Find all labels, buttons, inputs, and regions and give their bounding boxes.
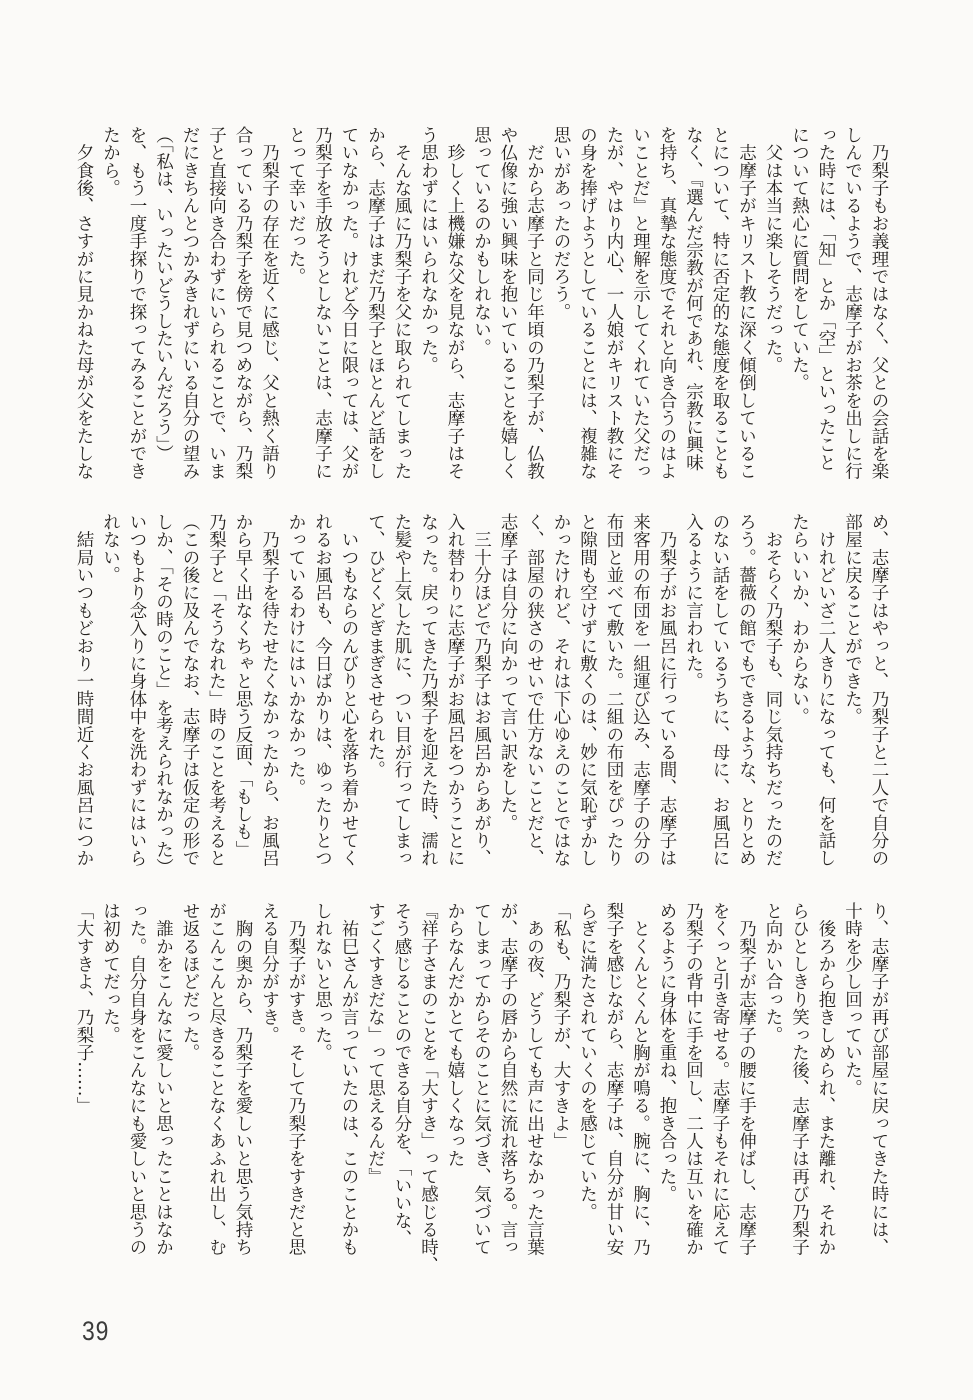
text-column: 思いがあったのだろう。 [548,126,575,486]
text-column: めるように身体を重ね、抱き合った。 [654,902,681,1262]
text-column: がこんこんと尽きることなくあふれ出し、む [203,902,230,1262]
text-column: ていなかった。けれど今日に限っては、父が [336,126,363,486]
text-column: と向かい合った。 [760,902,787,1262]
text-column: いつもならのんびりと心を落ち着かせてく [336,513,363,873]
text-column: 乃梨子を手放そうとしないことは、志摩子に [309,126,336,486]
text-column: 「私も、乃梨子が、大すきよ」 [548,902,575,1262]
text-column: について熱心に質問をしていた。 [786,126,813,486]
text-column: だにきちんとつかみきれずにいる自分の望み [177,126,204,486]
book-page: 乃梨子もお義理ではなく、父との会話を楽しんでいるようで、志摩子がお茶を出しに行っ… [0,0,973,1400]
text-column: せ返るほどだった。 [177,902,204,1262]
page-number: 39 [82,1316,109,1347]
text-column: 乃梨子の存在を近くに感じ、父と熱く語り [256,126,283,486]
text-column: しれないと思った。 [309,902,336,1262]
text-column: とって幸いだった。 [283,126,310,486]
text-column: 布団と並べて敷いた。二組の布団をぴったり [601,513,628,873]
text-column: 乃梨子がすき。そして乃梨子をすきだと思 [283,902,310,1262]
text-column: けれどいざ二人きりになっても、何を話し [813,513,840,873]
text-column: 乃梨子を待たせたくなかったから、お風呂 [256,513,283,873]
text-column: 胸の奥から、乃梨子を愛しいと思う気持ち [230,902,257,1262]
text-column: 夕食後、さすがに見かねた母が父をたしな [71,126,98,486]
text-column: 後ろから抱きしめられ、また離れ、それか [813,902,840,1262]
text-column: てしまってからそのことに気づき、気づいて [468,902,495,1262]
text-column: そう感じることのできる自分を、「いいな、 [389,902,416,1262]
text-column: しか、「その時のこと」を考えられなかった） [150,513,177,873]
text-column: う思わずにはいられなかった。 [415,126,442,486]
text-column: える自分がすき。 [256,902,283,1262]
text-column: れない。 [97,513,124,873]
text-column: なく、『選んだ宗教が何であれ、宗教に興味 [680,126,707,486]
text-column: あの夜、どうしても声に出せなかった言葉 [521,902,548,1262]
text-column: かっているわけにはいかなかった。 [283,513,310,873]
text-column: く、部屋の狭さのせいで仕方ないことだと、 [521,513,548,873]
text-column: 父は本当に楽しそうだった。 [760,126,787,486]
text-column: 来客用の布団を一組運び込み、志摩子の分の [627,513,654,873]
text-column: 乃梨子の背中に手を回し、二人は互いを確か [680,902,707,1262]
text-column: のない話をしているうちに、母に、お風呂に [707,513,734,873]
text-column: たから。 [97,126,124,486]
text-column: や仏像に強い興味を抱いていることを嬉しく [495,126,522,486]
text-column: から、志摩子はまだ乃梨子とほとんど話をし [362,126,389,486]
text-column: 乃梨子が志摩子の腰に手を伸ばし、志摩子 [733,902,760,1262]
text-block-top: 乃梨子もお義理ではなく、父との会話を楽しんでいるようで、志摩子がお茶を出しに行っ… [66,126,892,486]
text-column: 祐巳さんが言っていたのは、このことかも [336,902,363,1262]
text-column: 三十分ほどで乃梨子はお風呂からあがり、 [468,513,495,873]
text-column: 珍しく上機嫌な父を見ながら、志摩子はそ [442,126,469,486]
text-column: をくっと引き寄せる。志摩子もそれに応えて [707,902,734,1262]
text-column: 志摩子がキリスト教に深く傾倒しているこ [733,126,760,486]
text-column: の身を捧げようとしていることには、複雑な [574,126,601,486]
text-column: 入るように言われた。 [680,513,707,873]
text-column: め、志摩子はやっと、乃梨子と二人で自分の [866,513,893,873]
text-column: て、ひどくどぎまぎさせられた。 [362,513,389,873]
text-column: 合っている乃梨子を傍で見つめながら、乃梨 [230,126,257,486]
text-column: たが、やはり内心、一人娘がキリスト教にそ [601,126,628,486]
text-block-bottom: り、志摩子が再び部屋に戻ってきた時には、十時を少し回っていた。 後ろから抱きしめ… [66,902,892,1262]
text-column: た髪や上気した肌に、つい目が行ってしまっ [389,513,416,873]
text-column: 梨子を感じながら、志摩子は、自分が甘い安 [601,902,628,1262]
text-column: 十時を少し回っていた。 [839,902,866,1262]
text-column: だから志摩子と同じ年頃の乃梨子が、仏教 [521,126,548,486]
text-column: を持ち、真摯な態度でそれと向き合うのはよ [654,126,681,486]
text-column: 「大すきよ、乃梨子……」 [71,902,98,1262]
text-column: とくんとくんと胸が鳴る。腕に、胸に、乃 [627,902,654,1262]
text-column: が、志摩子の唇から自然に流れ落ちる。言っ [495,902,522,1262]
text-column: 子と直接向き合わずにいられることで、いま [203,126,230,486]
text-column: （この後に及んでなお、志摩子は仮定の形で [177,513,204,873]
text-column: 乃梨子がお風呂に行っている間、志摩子は [654,513,681,873]
text-column: 思っているのかもしれない。 [468,126,495,486]
text-column: そんな風に乃梨子を父に取られてしまった [389,126,416,486]
text-column: 入れ替わりに志摩子がお風呂をつかうことに [442,513,469,873]
text-column: 誰かをこんなに愛しいと思ったことはなか [150,902,177,1262]
text-column: いことだ』と理解を示してくれていた父だっ [627,126,654,486]
text-column: った。自分自身をこんなにも愛しいと思うの [124,902,151,1262]
text-column: り、志摩子が再び部屋に戻ってきた時には、 [866,902,893,1262]
text-column: （「私は、いったいどうしたいんだろう」） [150,126,177,486]
text-column: かったけれど、それは下心ゆえのことではな [548,513,575,873]
text-column: らぎに満たされていくのを感じていた。 [574,902,601,1262]
text-column: とについて、特に否定的な態度を取ることも [707,126,734,486]
text-column: を、もう一度手探りで探ってみることができ [124,126,151,486]
text-column: しんでいるようで、志摩子がお茶を出しに行 [839,126,866,486]
text-block-middle: め、志摩子はやっと、乃梨子と二人で自分の部屋に戻ることができた。 けれどいざ二人… [66,513,892,873]
text-column: いつもより念入りに身体中を洗わずにはいら [124,513,151,873]
text-column: 『祥子さまのことを「大すき」って感じる時、 [415,902,442,1262]
text-column: 結局いつもどおり一時間近くお風呂につか [71,513,98,873]
text-column: からなんだかとても嬉しくなった [442,902,469,1262]
text-column: れるお風呂も、今日ばかりは、ゆったりとつ [309,513,336,873]
text-column: 志摩子は自分に向かって言い訳をした。 [495,513,522,873]
text-column: 部屋に戻ることができた。 [839,513,866,873]
text-column: らひとしきり笑った後、志摩子は再び乃梨子 [786,902,813,1262]
text-column: った時には、「知」とか「空」といったこと [813,126,840,486]
text-column: なった。戻ってきた乃梨子を迎えた時、濡れ [415,513,442,873]
text-column: 乃梨子もお義理ではなく、父との会話を楽 [866,126,893,486]
text-column: ろう。薔薇の館でもできるような、とりとめ [733,513,760,873]
text-column: は初めてだった。 [97,902,124,1262]
text-column: おそらく乃梨子も、同じ気持ちだったのだ [760,513,787,873]
text-column: たらいいか、わからない。 [786,513,813,873]
text-column: から早く出なくちゃと思う反面、「もしも」 [230,513,257,873]
text-column: 乃梨子と「そうなれた」時のことを考えると [203,513,230,873]
text-column: と隙間も空けずに敷くのは、妙に気恥ずかし [574,513,601,873]
text-column: すごくすきだな」って思えるんだ』 [362,902,389,1262]
